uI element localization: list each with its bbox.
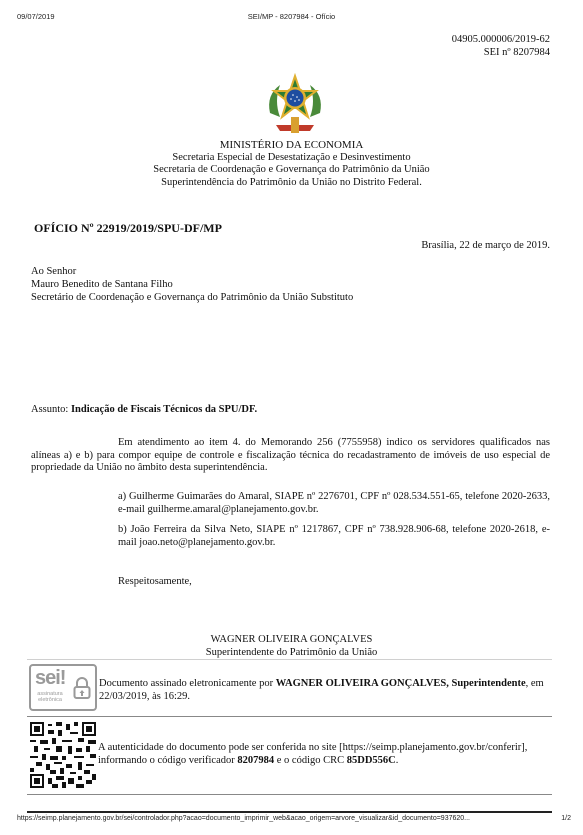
subject-line: Assunto: Indicação de Fiscais Técnicos d… [31,404,257,415]
sei-number: SEI nº 8207984 [452,46,550,59]
sei-logo-sub2: eletrônica [35,697,65,703]
lock-icon [73,677,91,699]
divider [27,794,552,795]
sei-logo-subtitle: assinatura eletrônica [35,691,65,703]
sig-prefix: Documento assinado eletronicamente por [99,678,276,689]
auth-suffix: . [396,755,399,766]
place-date: Brasília, 22 de março de 2019. [421,240,550,251]
body-paragraph: Em atendimento ao item 4. do Memorando 2… [31,437,550,475]
document-references: 04905.000006/2019-62 SEI nº 8207984 [452,33,550,59]
addressee-name: Mauro Benedito de Santana Filho [31,278,353,291]
authenticity-text: A autenticidade do documento pode ser co… [98,742,553,767]
divider [27,716,552,717]
page-number: 1/2 [561,815,571,822]
closing: Respeitosamente, [118,576,192,587]
addressee-block: Ao Senhor Mauro Benedito de Santana Filh… [31,265,353,304]
brazil-coat-of-arms-icon [260,73,330,139]
sig-signer: WAGNER OLIVEIRA GONÇALVES, Superintenden… [276,678,526,689]
verifier-code: 8207984 [237,755,274,766]
addressee-role: Secretário de Coordenação e Governança d… [31,291,353,304]
subject-text: Indicação de Fiscais Técnicos da SPU/DF. [71,404,257,415]
print-url: https://seimp.planejamento.gov.br/sei/co… [17,815,470,822]
superintendency: Superintendência do Patrimônio da União … [0,177,583,190]
body-paragraph-text: Em atendimento ao item 4. do Memorando 2… [31,437,550,473]
oficio-title: OFÍCIO Nº 22919/2019/SPU-DF/MP [34,221,222,236]
divider [27,659,552,660]
footer-divider [27,811,552,813]
signer-title: Superintendente do Patrimônio da União [0,646,583,659]
crc-code: 85DD556C [347,755,396,766]
special-secretariat: Secretaria Especial de Desestatização e … [0,152,583,165]
process-number: 04905.000006/2019-62 [452,33,550,46]
sei-logo-word: sei! [35,667,65,690]
nominee-item-b: b) João Ferreira da Silva Neto, SIAPE nº… [118,524,550,549]
signer-block: WAGNER OLIVEIRA GONÇALVES Superintendent… [0,633,583,659]
print-title: SEI/MP - 8207984 - Ofício [0,12,583,21]
subject-label: Assunto: [31,404,68,415]
nominee-item-a: a) Guilherme Guimarães do Amaral, SIAPE … [118,491,550,516]
organization-header: MINISTÉRIO DA ECONOMIA Secretaria Especi… [0,139,583,189]
salutation: Ao Senhor [31,265,353,278]
electronic-signature-text: Documento assinado eletronicamente por W… [99,678,551,703]
signer-name: WAGNER OLIVEIRA GONÇALVES [0,633,583,646]
sei-signature-logo: sei! assinatura eletrônica [29,664,97,711]
secretariat: Secretaria de Coordenação e Governança d… [0,164,583,177]
ministry-name: MINISTÉRIO DA ECONOMIA [0,139,583,152]
auth-middle: e o código CRC [274,755,347,766]
qr-code-icon [30,722,96,788]
